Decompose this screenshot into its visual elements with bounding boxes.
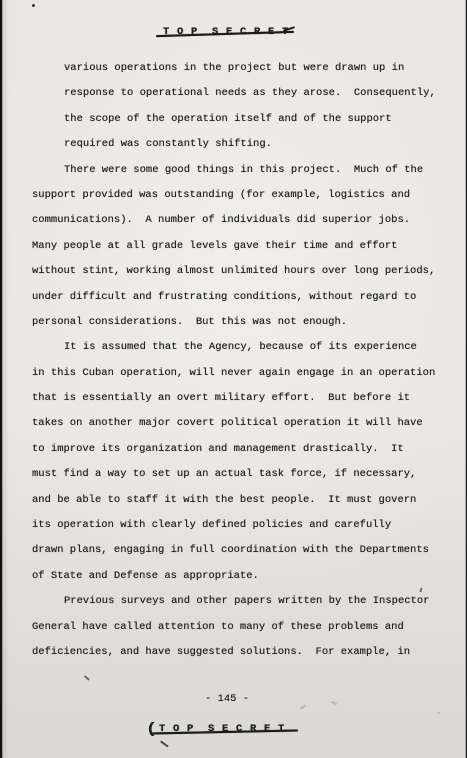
- scan-edge-left-shade: [3, 0, 9, 758]
- text-line: its operation with clearly defined polic…: [32, 513, 444, 538]
- text-line: various operations in the project but we…: [32, 56, 444, 81]
- text-line: takes on another major covert political …: [32, 411, 444, 436]
- text-line: the scope of the operation itself and of…: [32, 107, 444, 132]
- text-line: There were some good things in this proj…: [32, 158, 444, 183]
- text-line: drawn plans, engaging in full coordinati…: [32, 538, 444, 563]
- pen-loop-mark: (: [146, 721, 158, 738]
- text-line: of State and Defense as appropriate.: [32, 564, 444, 589]
- text-line: that is essentially an overt military ef…: [32, 386, 444, 411]
- text-line: General have called attention to many of…: [32, 615, 444, 640]
- text-line: to improve its organization and manageme…: [32, 437, 444, 462]
- text-line: Previous surveys and other papers writte…: [32, 589, 444, 614]
- text-line: Many people at all grade levels gave the…: [32, 234, 444, 259]
- text-line: personal considerations. But this was no…: [32, 310, 444, 335]
- text-line: required was constantly shifting.: [32, 132, 444, 157]
- scan-speck: [300, 705, 306, 709]
- scan-speck: [437, 712, 440, 714]
- text-line: under difficult and frustrating conditio…: [32, 285, 444, 310]
- scan-speck: [331, 701, 337, 705]
- text-line: must find a way to set up an actual task…: [32, 462, 444, 487]
- text-line: support provided was outstanding (for ex…: [32, 183, 444, 208]
- text-line: in this Cuban operation, will never agai…: [32, 361, 444, 386]
- text-line: and be able to staff it with the best pe…: [32, 488, 444, 513]
- document-page: T O P S E C R E T various operations in …: [0, 0, 467, 758]
- scan-speck: [160, 741, 168, 747]
- text-line: It is assumed that the Agency, because o…: [32, 335, 444, 360]
- text-line: deficiencies, and have suggested solutio…: [32, 640, 444, 665]
- scan-speck: [84, 675, 90, 680]
- scan-speck: [32, 4, 35, 7]
- text-line: response to operational needs as they ar…: [32, 81, 444, 106]
- document-body: various operations in the project but we…: [32, 56, 444, 665]
- page-number: - 145 -: [152, 693, 302, 705]
- text-line: communications). A number of individuals…: [32, 208, 444, 233]
- text-line: without stint, working almost unlimited …: [32, 259, 444, 284]
